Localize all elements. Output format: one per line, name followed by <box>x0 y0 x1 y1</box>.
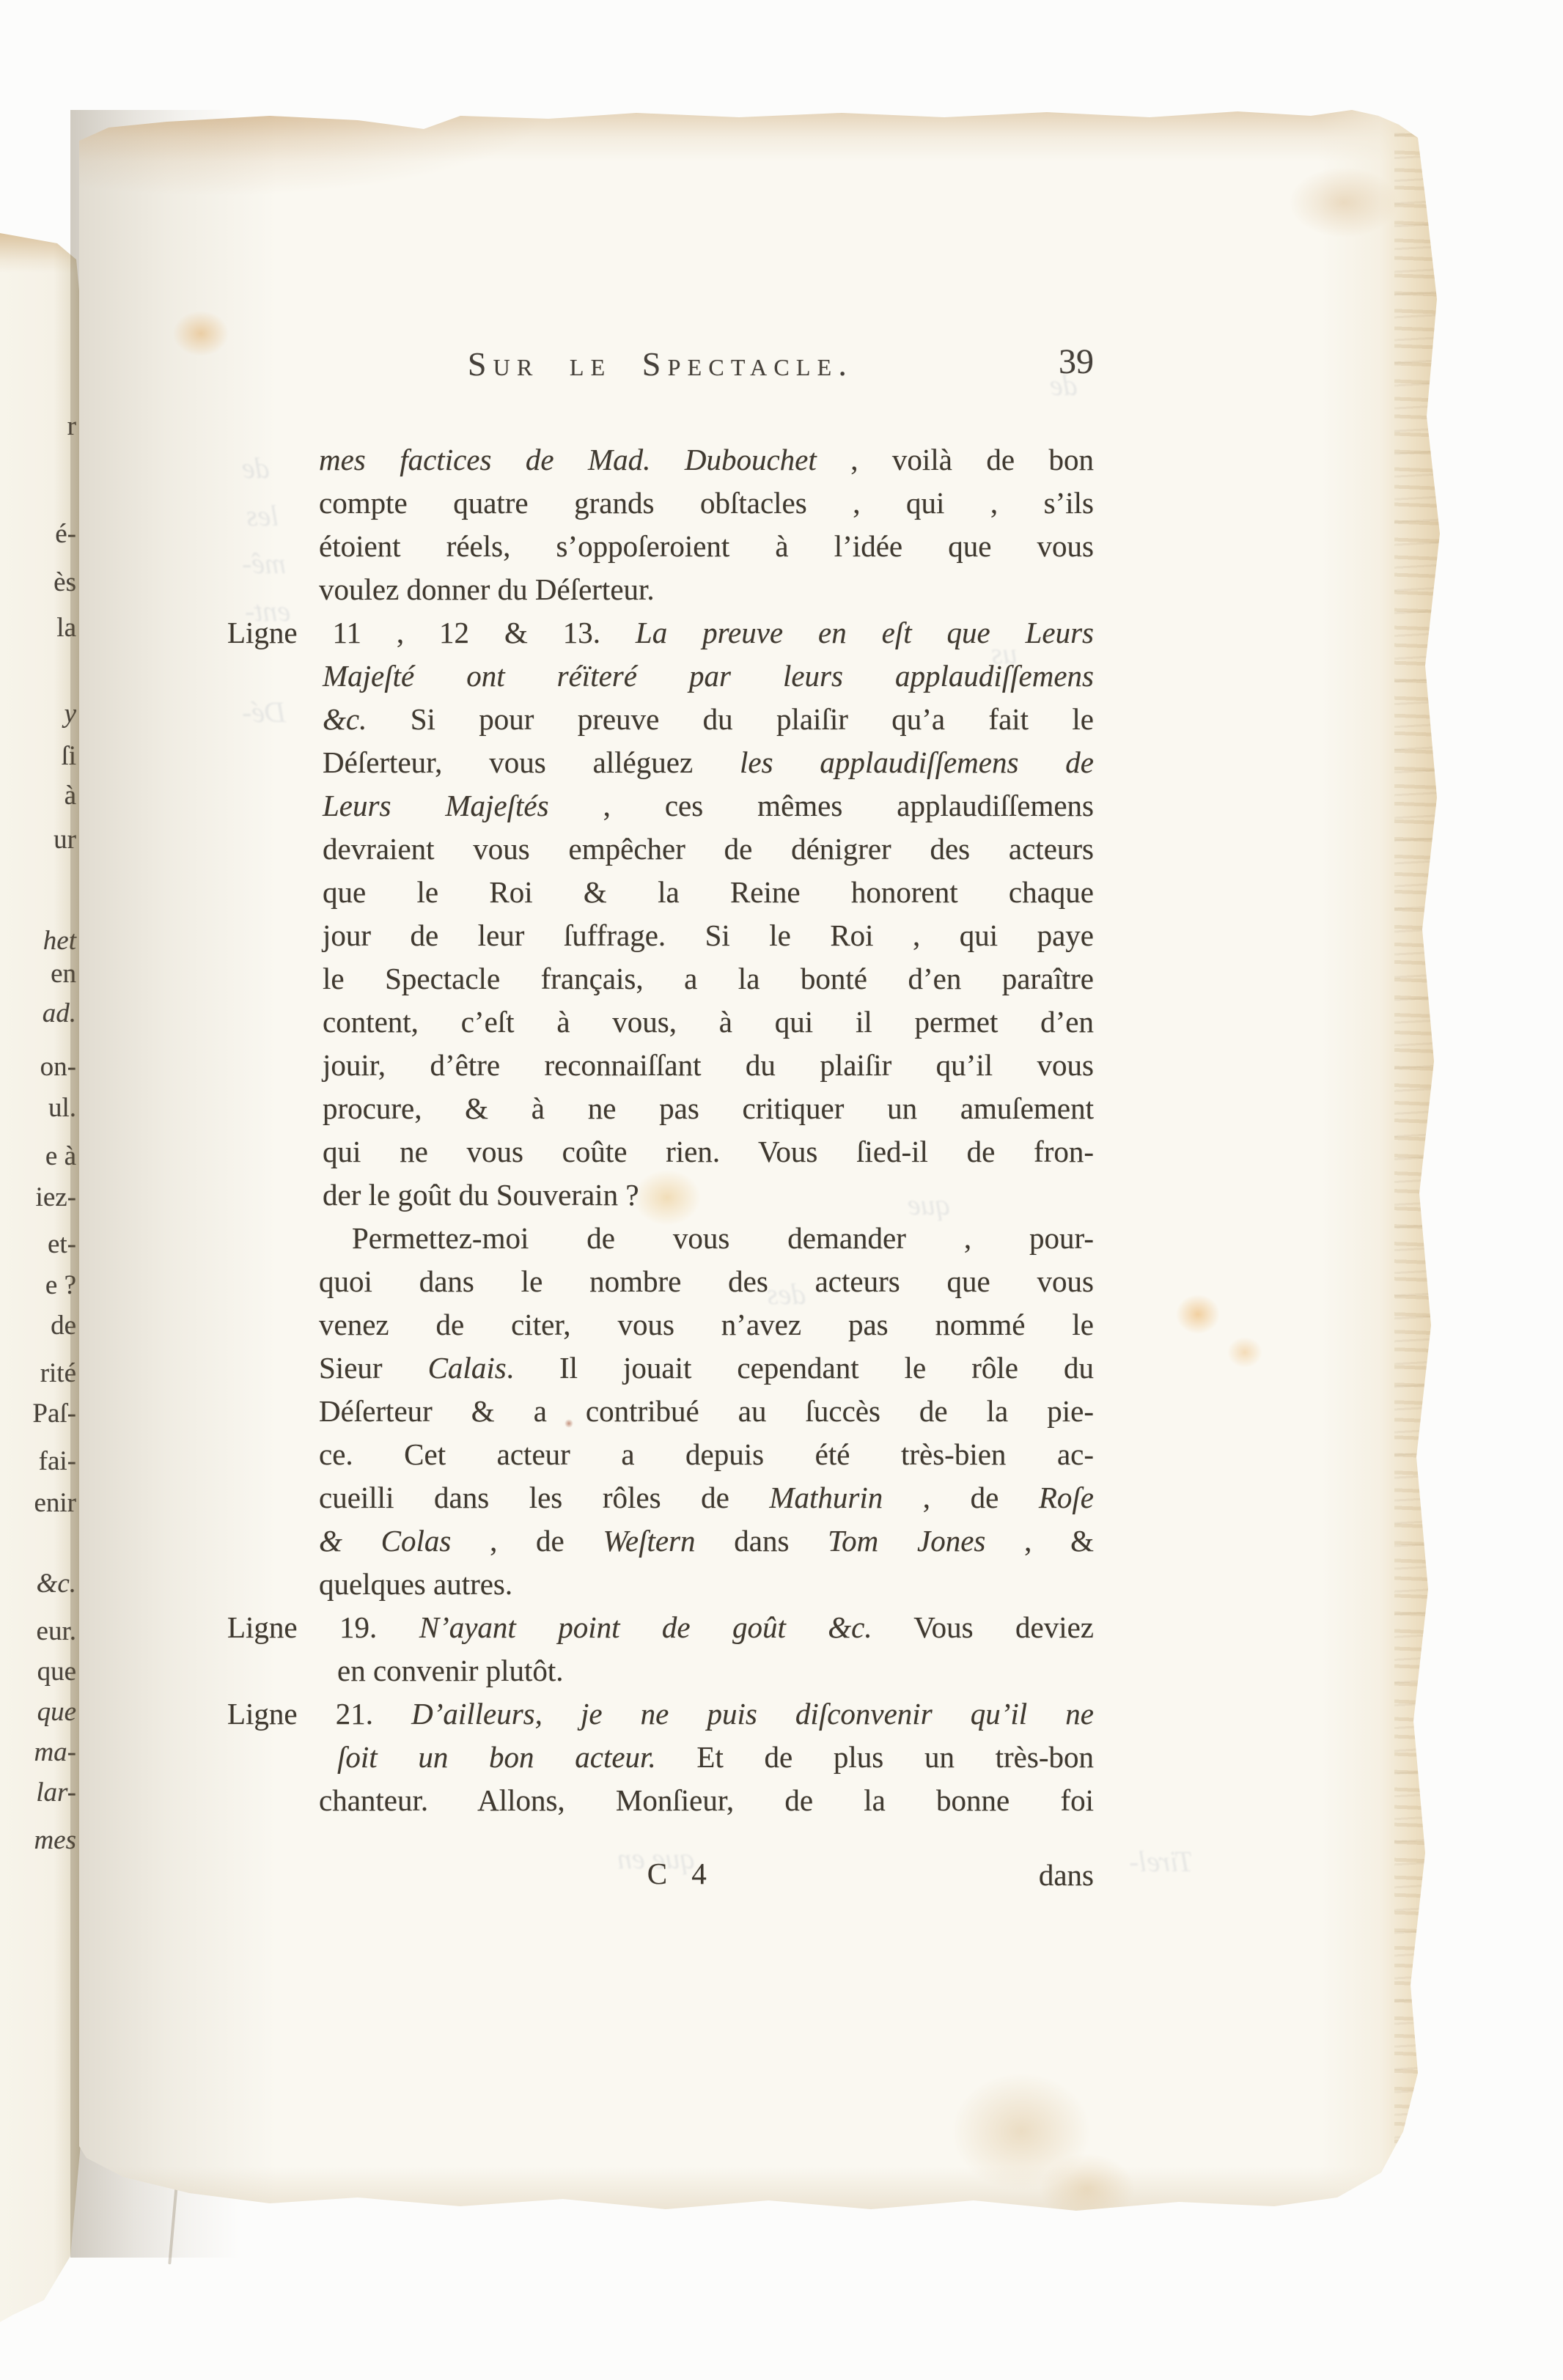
roman-text: Si pour preuve du plaiſir qu’a fait le <box>367 702 1094 736</box>
roman-text: dans <box>696 1524 828 1558</box>
italic-text: N’ayant point de goût &c. <box>419 1610 872 1644</box>
page-number: 39 <box>1059 342 1094 382</box>
roman-text: , de <box>883 1481 1039 1514</box>
roman-text: quelques autres. <box>319 1567 512 1601</box>
roman-text: , & <box>985 1524 1094 1558</box>
body-line: cueilli dans les rôles de Mathurin , de … <box>227 1476 1094 1519</box>
roman-text: procure, & à ne pas critiquer un amuſeme… <box>323 1091 1094 1125</box>
page-header-title: Sur le Spectacle. <box>227 345 1094 383</box>
roman-text: , voilà de bon <box>817 443 1094 476</box>
body-line: content, c’eſt à vous, à qui il permet d… <box>227 1001 1094 1044</box>
book-photo: ré-èslayſiàurhetenad.on-ul.e àiez-et-e ?… <box>0 0 1563 2380</box>
italic-text: ſoit un bon acteur. <box>337 1740 656 1774</box>
roman-text: en convenir plutôt. <box>337 1654 564 1687</box>
roman-text: ce. Cet acteur a depuis été très-bien ac… <box>319 1437 1094 1471</box>
roman-text: jouir, d’être reconnaiſſant du plaiſir q… <box>323 1048 1094 1082</box>
roman-text: Vous deviez <box>872 1610 1094 1644</box>
italic-text: Weſtern <box>603 1524 695 1558</box>
body-line: Leurs Majeſtés , ces mêmes applaudiſſeme… <box>227 784 1094 828</box>
roman-text: , de <box>451 1524 603 1558</box>
body-line: quelques autres. <box>227 1563 1094 1606</box>
body-line: voulez donner du Déſerteur. <box>227 568 1094 611</box>
italic-text: mes factices de Mad. Dubouchet <box>319 443 817 476</box>
italic-text: &c. <box>323 702 367 736</box>
body-line: ce. Cet acteur a depuis été très-bien ac… <box>227 1433 1094 1476</box>
body-line: étoient réels, s’oppoſeroient à l’idée q… <box>227 525 1094 568</box>
body-line: Ligne 21. D’ailleurs, je ne puis diſconv… <box>227 1692 1094 1736</box>
body-line: jour de leur ſuffrage. Si le Roi , qui p… <box>227 914 1094 957</box>
roman-text: Déſerteur & a contribué au ſuccès de la … <box>319 1394 1094 1428</box>
italic-text: D’ailleurs, je ne puis diſconvenir qu’il… <box>411 1697 1094 1731</box>
roman-text: devraient vous empêcher de dénigrer des … <box>323 832 1094 866</box>
printed-text-layer: Sur le Spectacle. 39 mes factices de Mad… <box>0 0 1563 2380</box>
body-line: qui ne vous coûte rien. Vous ſied-il de … <box>227 1130 1094 1174</box>
body-line: der le goût du Souverain ? <box>227 1174 1094 1217</box>
italic-text: & Colas <box>319 1524 451 1558</box>
italic-text: Roſe <box>1039 1481 1094 1514</box>
body-line: compte quatre grands obſtacles , qui , s… <box>227 482 1094 525</box>
body-line: jouir, d’être reconnaiſſant du plaiſir q… <box>227 1044 1094 1087</box>
roman-text: Ligne 11 , 12 & 13. <box>227 616 636 649</box>
body-line: &c. Si pour preuve du plaiſir qu’a fait … <box>227 698 1094 741</box>
body-line: Majeſté ont réïteré par leurs applaudiſſ… <box>227 655 1094 698</box>
body-line: le Spectacle français, a la bonté d’en p… <box>227 957 1094 1001</box>
body-line: mes factices de Mad. Dubouchet , voilà d… <box>227 438 1094 482</box>
catchword: dans <box>1039 1857 1094 1893</box>
body-line: Déſerteur, vous alléguez les applaudiſſe… <box>227 741 1094 784</box>
roman-text: . Il jouait cependant le rôle du <box>507 1351 1094 1385</box>
running-header: Sur le Spectacle. 39 <box>227 345 1094 396</box>
body-line: Déſerteur & a contribué au ſuccès de la … <box>227 1390 1094 1433</box>
body-line: procure, & à ne pas critiquer un amuſeme… <box>227 1087 1094 1130</box>
body-line: venez de citer, vous n’avez pas nommé le <box>227 1303 1094 1346</box>
body-line: chanteur. Allons, Monſieur, de la bonne … <box>227 1779 1094 1822</box>
roman-text: venez de citer, vous n’avez pas nommé le <box>319 1308 1094 1341</box>
gathering-signature: C 4 <box>227 1856 1094 1891</box>
body-line: Permettez-moi de vous demander , pour- <box>227 1217 1094 1260</box>
roman-text: chanteur. Allons, Monſieur, de la bonne … <box>319 1783 1094 1817</box>
roman-text: Sieur <box>319 1351 428 1385</box>
roman-text: der le goût du Souverain ? <box>323 1178 639 1212</box>
roman-text: cueilli dans les rôles de <box>319 1481 769 1514</box>
roman-text: que le Roi & la Reine honorent chaque <box>323 875 1094 909</box>
roman-text: voulez donner du Déſerteur. <box>319 572 655 606</box>
body-line: quoi dans le nombre des acteurs que vous <box>227 1260 1094 1303</box>
roman-text: Déſerteur, vous alléguez <box>323 745 740 779</box>
roman-text: Ligne 21. <box>227 1697 411 1731</box>
body-line: ſoit un bon acteur. Et de plus un très-b… <box>227 1736 1094 1779</box>
italic-text: Mathurin <box>769 1481 883 1514</box>
italic-text: les applaudiſſemens de <box>740 745 1094 779</box>
body-text: mes factices de Mad. Dubouchet , voilà d… <box>227 438 1094 1822</box>
roman-text: Permettez-moi de vous demander , pour- <box>352 1221 1094 1255</box>
body-line: Sieur Calais. Il jouait cependant le rôl… <box>227 1346 1094 1390</box>
italic-text: La preuve en eſt que Leurs <box>636 616 1094 649</box>
roman-text: Ligne 19. <box>227 1610 419 1644</box>
roman-text: content, c’eſt à vous, à qui il permet d… <box>323 1005 1094 1039</box>
italic-text: Calais <box>428 1351 507 1385</box>
roman-text: quoi dans le nombre des acteurs que vous <box>319 1264 1094 1298</box>
page-footer: C 4 dans <box>227 1856 1094 1900</box>
body-line: & Colas , de Weſtern dans Tom Jones , & <box>227 1519 1094 1563</box>
italic-text: Tom Jones <box>828 1524 985 1558</box>
body-line: Ligne 11 , 12 & 13. La preuve en eſt que… <box>227 611 1094 655</box>
body-line: en convenir plutôt. <box>227 1649 1094 1692</box>
italic-text: Leurs Majeſtés <box>323 789 549 822</box>
roman-text: le Spectacle français, a la bonté d’en p… <box>323 962 1094 995</box>
roman-text: , ces mêmes applaudiſſemens <box>549 789 1094 822</box>
italic-text: Majeſté ont réïteré par leurs applaudiſſ… <box>323 659 1094 693</box>
roman-text: Et de plus un très-bon <box>656 1740 1094 1774</box>
roman-text: jour de leur ſuffrage. Si le Roi , qui p… <box>323 918 1094 952</box>
roman-text: compte quatre grands obſtacles , qui , s… <box>319 486 1094 520</box>
body-line: devraient vous empêcher de dénigrer des … <box>227 828 1094 871</box>
body-line: Ligne 19. N’ayant point de goût &c. Vous… <box>227 1606 1094 1649</box>
roman-text: qui ne vous coûte rien. Vous ſied-il de … <box>323 1135 1094 1168</box>
body-line: que le Roi & la Reine honorent chaque <box>227 871 1094 914</box>
roman-text: étoient réels, s’oppoſeroient à l’idée q… <box>319 529 1094 563</box>
